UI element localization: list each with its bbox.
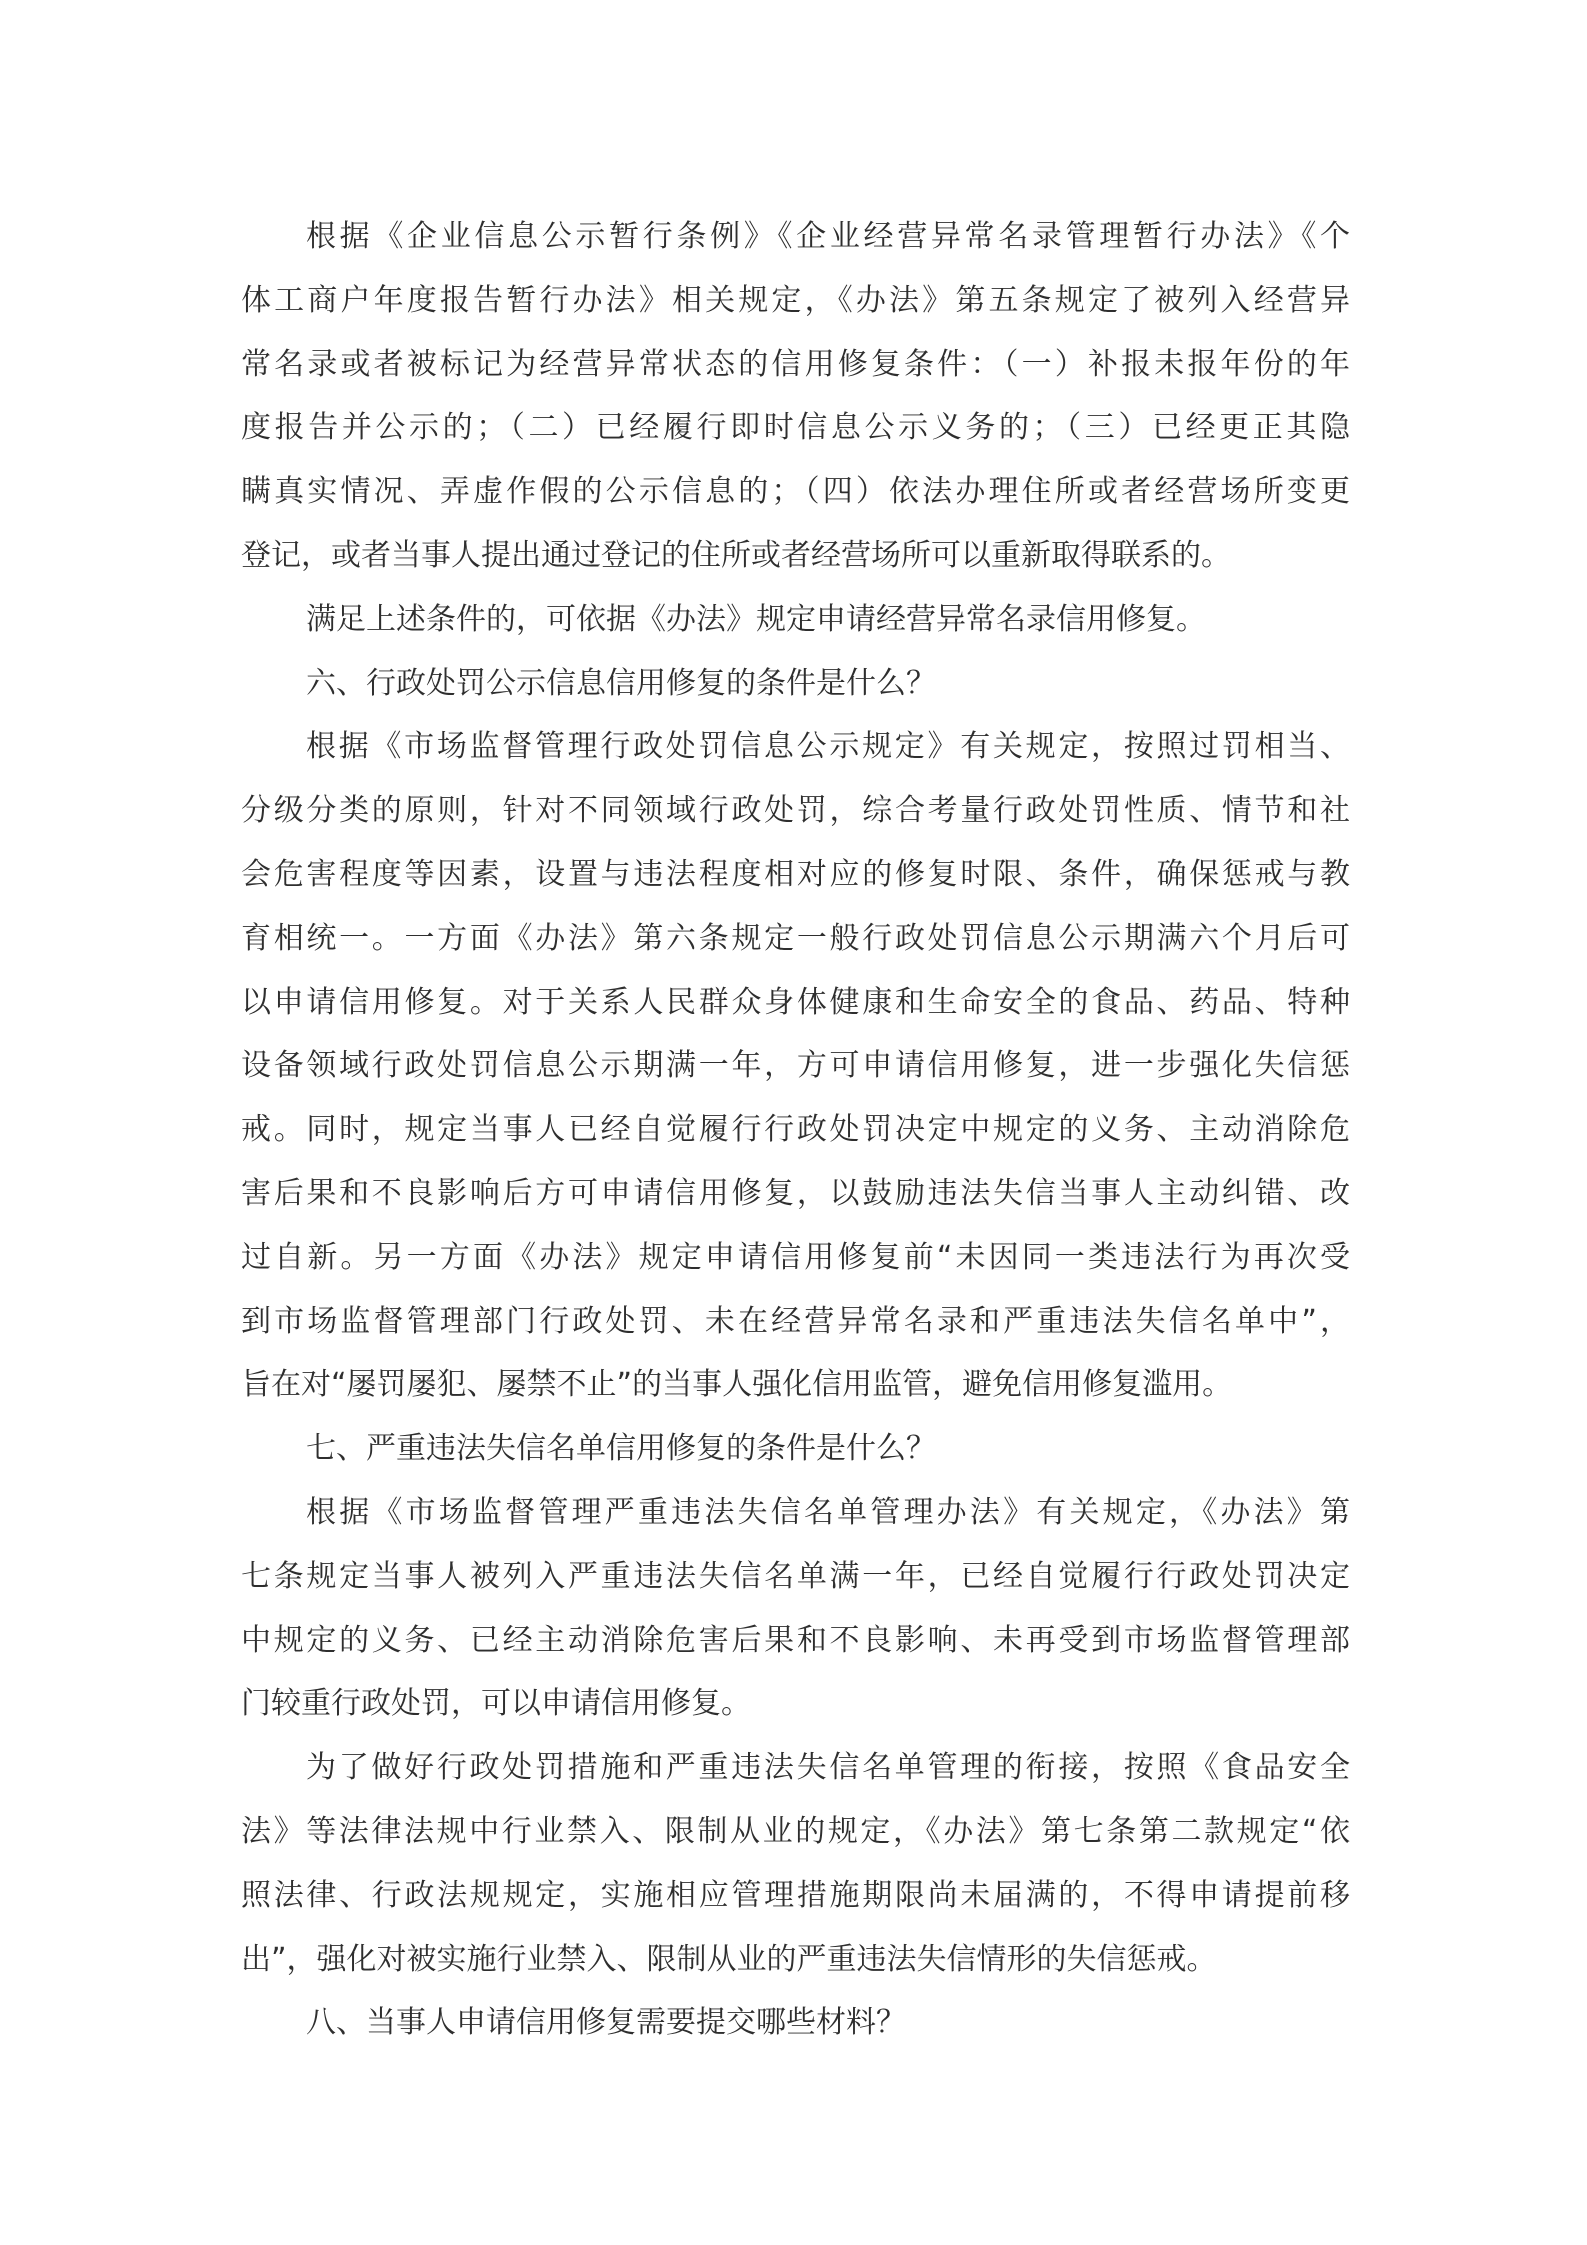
text-line: 登记，或者当事人提出通过登记的住所或者经营场所可以重新取得联系的。 [241, 524, 1350, 588]
text-line: 法》等法律法规中行业禁入、限制从业的规定，《办法》第七条第二款规定“依 [241, 1800, 1350, 1864]
paragraph-serious-violation-conditions: 根据《市场监督管理严重违法失信名单管理办法》有关规定，《办法》第 七条规定当事人… [241, 1481, 1350, 1736]
text-line: 戒。同时，规定当事人已经自觉履行行政处罚决定中规定的义务、主动消除危 [241, 1098, 1350, 1162]
heading-text: 八、当事人申请信用修复需要提交哪些材料？ [241, 1991, 1350, 2055]
paragraph-apply-abnormal-repair: 满足上述条件的，可依据《办法》规定申请经营异常名录信用修复。 [241, 588, 1350, 652]
text-line: 到市场监督管理部门行政处罚、未在经营异常名录和严重违法失信名单中”， [241, 1290, 1350, 1354]
text-line: 设备领域行政处罚信息公示期满一年，方可申请信用修复，进一步强化失信惩 [241, 1034, 1350, 1098]
text-line: 满足上述条件的，可依据《办法》规定申请经营异常名录信用修复。 [241, 588, 1350, 652]
text-line: 七条规定当事人被列入严重违法失信名单满一年，已经自觉履行行政处罚决定 [241, 1545, 1350, 1609]
text-line: 分级分类的原则，针对不同领域行政处罚，综合考量行政处罚性质、情节和社 [241, 779, 1350, 843]
text-line: 中规定的义务、已经主动消除危害后果和不良影响、未再受到市场监督管理部 [241, 1609, 1350, 1673]
text-line: 根据《市场监督管理严重违法失信名单管理办法》有关规定，《办法》第 [241, 1481, 1350, 1545]
text-line: 出”，强化对被实施行业禁入、限制从业的严重违法失信情形的失信惩戒。 [241, 1928, 1350, 1992]
text-line: 为了做好行政处罚措施和严重违法失信名单管理的衔接，按照《食品安全 [241, 1736, 1350, 1800]
text-line: 度报告并公示的；（二）已经履行即时信息公示义务的；（三）已经更正其隐 [241, 396, 1350, 460]
text-line: 照法律、行政法规规定，实施相应管理措施期限尚未届满的，不得申请提前移 [241, 1864, 1350, 1928]
paragraph-abnormal-list-conditions: 根据《企业信息公示暂行条例》《企业经营异常名录管理暂行办法》《个 体工商户年度报… [241, 205, 1350, 588]
heading-text: 六、行政处罚公示信息信用修复的条件是什么？ [241, 652, 1350, 716]
paragraph-industry-ban: 为了做好行政处罚措施和严重违法失信名单管理的衔接，按照《食品安全 法》等法律法规… [241, 1736, 1350, 1991]
text-line: 瞒真实情况、弄虚作假的公示信息的；（四）依法办理住所或者经营场所变更 [241, 460, 1350, 524]
paragraph-admin-penalty-conditions: 根据《市场监督管理行政处罚信息公示规定》有关规定，按照过罚相当、 分级分类的原则… [241, 715, 1350, 1417]
text-line: 根据《市场监督管理行政处罚信息公示规定》有关规定，按照过罚相当、 [241, 715, 1350, 779]
text-line: 过自新。另一方面《办法》规定申请信用修复前“未因同一类违法行为再次受 [241, 1226, 1350, 1290]
text-line: 害后果和不良影响后方可申请信用修复，以鼓励违法失信当事人主动纠错、改 [241, 1162, 1350, 1226]
heading-text: 七、严重违法失信名单信用修复的条件是什么？ [241, 1417, 1350, 1481]
text-line: 以申请信用修复。对于关系人民群众身体健康和生命安全的食品、药品、特种 [241, 971, 1350, 1035]
text-line: 根据《企业信息公示暂行条例》《企业经营异常名录管理暂行办法》《个 [241, 205, 1350, 269]
text-line: 体工商户年度报告暂行办法》相关规定，《办法》第五条规定了被列入经营异 [241, 269, 1350, 333]
section-heading-8: 八、当事人申请信用修复需要提交哪些材料？ [241, 1991, 1350, 2055]
text-line: 常名录或者被标记为经营异常状态的信用修复条件：（一）补报未报年份的年 [241, 333, 1350, 397]
text-line: 育相统一。一方面《办法》第六条规定一般行政处罚信息公示期满六个月后可 [241, 907, 1350, 971]
text-line: 旨在对“屡罚屡犯、屡禁不止”的当事人强化信用监管，避免信用修复滥用。 [241, 1353, 1350, 1417]
document-page: 根据《企业信息公示暂行条例》《企业经营异常名录管理暂行办法》《个 体工商户年度报… [241, 205, 1350, 2055]
text-line: 会危害程度等因素，设置与违法程度相对应的修复时限、条件，确保惩戒与教 [241, 843, 1350, 907]
section-heading-7: 七、严重违法失信名单信用修复的条件是什么？ [241, 1417, 1350, 1481]
section-heading-6: 六、行政处罚公示信息信用修复的条件是什么？ [241, 652, 1350, 716]
text-line: 门较重行政处罚，可以申请信用修复。 [241, 1672, 1350, 1736]
